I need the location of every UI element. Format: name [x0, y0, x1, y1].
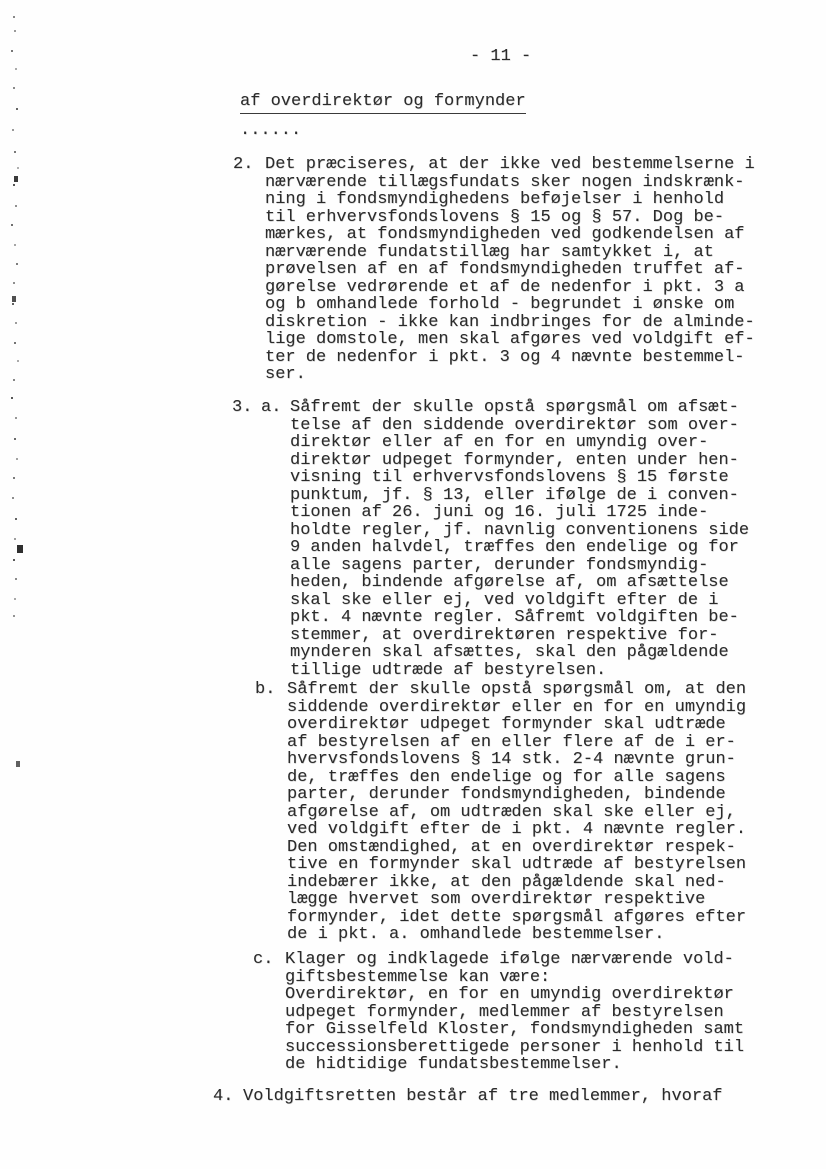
- section-4-text: Voldgiftsretten består af tre medlemmer,…: [243, 1088, 722, 1106]
- section-2-marker: 2.: [233, 156, 253, 174]
- page-number: - 11 -: [470, 48, 531, 66]
- scan-edge-noise: [13, 16, 15, 18]
- scan-edge-noise-blobs: [14, 176, 18, 182]
- section-4-marker: 4.: [213, 1088, 233, 1106]
- section-3c-text: Klager og indklagede ifølge nærværende v…: [285, 951, 744, 1074]
- ellipsis-dots: ......: [240, 122, 301, 140]
- section-3a-marker: a.: [261, 399, 281, 417]
- section-3b-text: Såfremt der skulle opstå spørgsmål om, a…: [287, 681, 746, 944]
- section-3c-marker: c.: [253, 951, 273, 969]
- section-3b-marker: b.: [255, 681, 275, 699]
- section-3-marker: 3.: [232, 399, 252, 417]
- section-2-text: Det præciseres, at der ikke ved bestemme…: [265, 156, 755, 384]
- document-heading: af overdirektør og formynder: [240, 93, 526, 114]
- section-3a-text: Såfremt der skulle opstå spørgsmål om af…: [290, 399, 749, 679]
- scanned-document-page: - 11 - af overdirektør og formynder ....…: [0, 0, 826, 1169]
